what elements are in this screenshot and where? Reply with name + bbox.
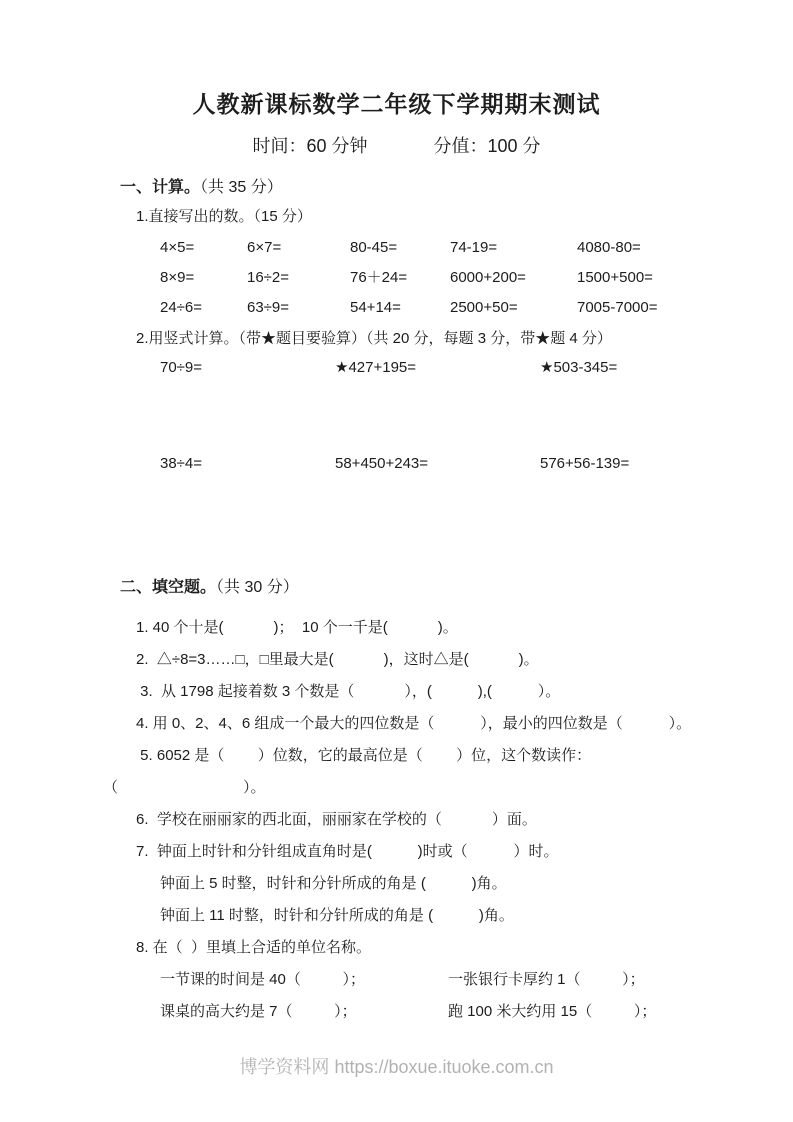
calc-expression: 4080-80= [577, 239, 735, 256]
watermark-footer: 博学资料网 https://boxue.ituoke.com.cn [0, 1056, 793, 1078]
calc-expression: 2500+50= [450, 299, 577, 316]
fill-question-2: 2. △÷8=3……□，□里最大是( )，这时△是( )。 [120, 650, 735, 669]
calc-expression: 76＋24= [350, 269, 450, 286]
unit-blank: 课桌的高大约是 7（ ）； [160, 1002, 448, 1021]
calc-expression: 8×9= [160, 269, 247, 286]
fill-question-8: 8. 在（ ）里填上合适的单位名称。 [120, 938, 735, 957]
paper-body: 一、计算。（共 35 分） 1.直接写出的数。（15 分） 4×5= 6×7= … [0, 178, 793, 1021]
section-fill-heading: 二、填空题。（共 30 分） [120, 578, 735, 598]
unit-blank: 一节课的时间是 40（ ）； [160, 970, 448, 989]
fill-question-5: 5. 6052 是（ ）位数，它的最高位是（ ）位，这个数读作： [120, 746, 735, 765]
test-paper-page: 人教新课标数学二年级下学期期末测试 时间：60 分钟分值：100 分 一、计算。… [0, 0, 793, 1122]
calc-expression: 1500+500= [577, 269, 735, 286]
calc-expression: 80-45= [350, 239, 450, 256]
calc-expression: 7005-7000= [577, 299, 735, 316]
fill-question-6: 6. 学校在丽丽家的西北面，丽丽家在学校的（ ）面。 [120, 810, 735, 829]
vertical-calc-row-2: 38÷4= 58+450+243= 576+56-139= [120, 455, 735, 472]
section-calc-title: 一、计算。 [120, 179, 200, 196]
score-label: 分值：100 分 [433, 136, 540, 156]
calc-expression: 58+450+243= [335, 455, 540, 472]
calc-expression: 6000+200= [450, 269, 577, 286]
page-title: 人教新课标数学二年级下学期期末测试 [0, 0, 793, 120]
fill-question-7-line-3: 钟面上 11 时整，时针和分针所成的角是 ( )角。 [120, 906, 735, 925]
fill-question-3: 3. 从 1798 起接着数 3 个数是（ ），( ),( ）。 [120, 682, 735, 701]
calc-expression: ★503-345= [540, 359, 735, 376]
section-calc-points: （共 35 分） [200, 179, 283, 196]
section-fill-title: 二、填空题。 [120, 579, 216, 596]
vertical-calc-label: 2.用竖式计算。（带★题目要验算）（共 20 分，每题 3 分，带★题 4 分） [120, 329, 735, 348]
direct-calc-row-1: 4×5= 6×7= 80-45= 74-19= 4080-80= [120, 239, 735, 256]
section-fill-points: （共 30 分） [216, 579, 299, 596]
calc-expression: 63÷9= [247, 299, 350, 316]
calc-expression: 576+56-139= [540, 455, 735, 472]
direct-calc-label: 1.直接写出的数。（15 分） [120, 207, 735, 226]
calc-expression: 16÷2= [247, 269, 350, 286]
direct-calc-row-2: 8×9= 16÷2= 76＋24= 6000+200= 1500+500= [120, 269, 735, 286]
calc-expression: 24÷6= [160, 299, 247, 316]
fill-question-7-line-2: 钟面上 5 时整，时针和分针所成的角是 ( )角。 [120, 874, 735, 893]
calc-expression: 74-19= [450, 239, 577, 256]
work-area [120, 376, 735, 444]
vertical-calc-row-1: 70÷9= ★427+195= ★503-345= [120, 359, 735, 376]
calc-expression: 54+14= [350, 299, 450, 316]
fill-question-7: 7. 钟面上时针和分针组成直角时是( )时或（ ）时。 [120, 842, 735, 861]
fill-question-5-continued: （ ）。 [103, 778, 735, 797]
time-label: 时间：60 分钟 [252, 136, 367, 156]
exam-meta: 时间：60 分钟分值：100 分 [0, 134, 793, 158]
calc-expression: 6×7= [247, 239, 350, 256]
unit-blank: 跑 100 米大约用 15（ ）； [448, 1002, 656, 1021]
direct-calc-row-3: 24÷6= 63÷9= 54+14= 2500+50= 7005-7000= [120, 299, 735, 316]
fill-question-8-row-1: 一节课的时间是 40（ ）； 一张银行卡厚约 1（ ）； [120, 970, 735, 989]
fill-question-4: 4. 用 0、2、4、6 组成一个最大的四位数是（ ），最小的四位数是（ ）。 [120, 714, 735, 733]
calc-expression: 4×5= [160, 239, 247, 256]
fill-question-1: 1. 40 个十是( )； 10 个一千是( )。 [120, 618, 735, 637]
fill-question-8-row-2: 课桌的高大约是 7（ ）； 跑 100 米大约用 15（ ）； [120, 1002, 735, 1021]
calc-expression: 38÷4= [160, 455, 335, 472]
unit-blank: 一张银行卡厚约 1（ ）； [448, 970, 645, 989]
section-calc-heading: 一、计算。（共 35 分） [120, 178, 735, 198]
calc-expression: 70÷9= [160, 359, 335, 376]
calc-expression: ★427+195= [335, 359, 540, 376]
work-area [120, 472, 735, 558]
